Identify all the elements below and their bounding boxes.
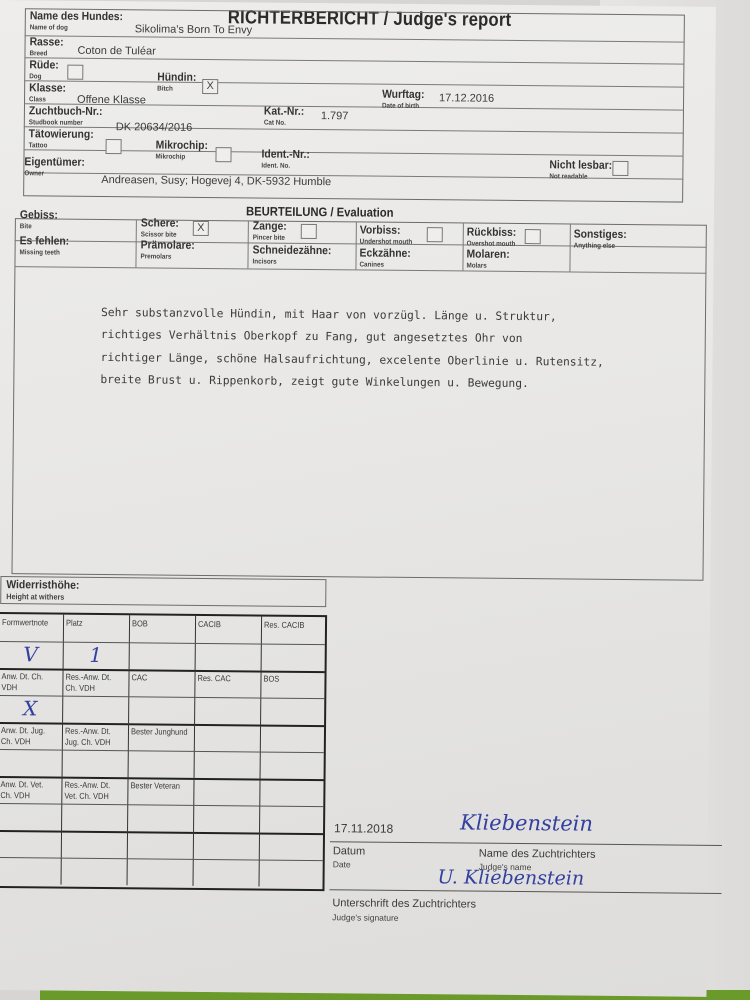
grid-header-cell: Res. CAC	[197, 673, 230, 684]
overshot-label: Rückbiss:Overshot mouth	[467, 227, 522, 247]
grid-header-cell: Formwertnote	[2, 617, 48, 628]
owner-label: Eigentümer:Owner	[24, 157, 91, 177]
grid-header-cell: Res.-Anw. Dt. Vet. Ch. VDH	[64, 780, 110, 802]
grid-header-cell: Res.-Anw. Dt. Jug. Ch. VDH	[65, 726, 111, 748]
grid-value-cell[interactable]	[0, 803, 61, 831]
judge-signature: U. Kliebenstein	[437, 866, 584, 889]
scissor-bite-label: Schere:Scissor bite	[141, 218, 183, 238]
tattoo-checkbox[interactable]	[106, 139, 122, 154]
dog-sex-label: Rüde:Dog	[29, 60, 62, 80]
grid-value-cell[interactable]	[259, 860, 323, 888]
grid-value-cell[interactable]: 1	[63, 642, 129, 670]
grid-value-cell[interactable]	[61, 858, 127, 886]
class-label: Klasse:Class	[29, 83, 70, 103]
grid-value-cell[interactable]	[259, 806, 323, 834]
molars-label: Molaren:Molars	[466, 249, 514, 269]
class-value: Offene Klasse	[77, 94, 146, 107]
grid-value-cell[interactable]	[260, 752, 324, 780]
missing-teeth-label: Es fehlen:Missing teeth	[20, 236, 75, 256]
bite-label: Gebiss:Bite	[20, 210, 62, 230]
grid-header-cell: CACIB	[198, 619, 221, 630]
grid-header-cell: Platz	[66, 618, 83, 629]
date-value: 17.11.2018	[334, 821, 393, 836]
grid-value-cell[interactable]	[62, 750, 128, 778]
evaluation-title: BEURTEILUNG / Evaluation	[246, 204, 394, 219]
grid-value-cell[interactable]	[194, 751, 260, 779]
date-of-birth-value: 17.12.2016	[439, 92, 494, 105]
grid-value-cell[interactable]	[195, 643, 261, 671]
signature-label-en: Judge's signature	[332, 912, 398, 923]
grid-header-cell: Bester Junghund	[131, 726, 188, 738]
grid-header-cell: Res.-Anw. Dt. Ch. VDH	[65, 672, 111, 694]
grid-header-cell: Anw. Dt. Vet. Ch. VDH	[0, 779, 43, 801]
name-label: Name des Hundes:Name of dog	[30, 11, 134, 31]
date-label-en: Date	[333, 859, 351, 869]
overshot-checkbox[interactable]	[525, 229, 541, 244]
microchip-checkbox[interactable]	[215, 147, 231, 162]
cat-no-label: Kat.-Nr.:Cat No.	[264, 107, 309, 127]
judge-name-label: Name des Zuchtrichters	[479, 848, 596, 861]
grid-value-cell[interactable]: X	[0, 695, 62, 723]
microchip-label: Mikrochip:Mikrochip	[155, 141, 213, 161]
dog-checkbox[interactable]	[67, 65, 83, 80]
scissor-bite-checkbox[interactable]: X	[193, 221, 209, 236]
pincer-bite-checkbox[interactable]	[301, 224, 317, 239]
ident-no-label: Ident.-Nr.:Ident. No.	[261, 150, 315, 170]
grid-value-cell[interactable]	[194, 697, 260, 725]
cat-no-value: 1.797	[321, 110, 349, 122]
premolars-label: Prämolare:Premolars	[141, 240, 201, 260]
judge-report-sheet: RICHTERBERICHT / Judge's report Name des…	[0, 0, 716, 997]
dog-name-value: Sikolima's Born To Envy	[135, 23, 253, 36]
grid-header-cell: BOB	[132, 618, 148, 629]
grid-value-cell[interactable]	[62, 696, 128, 724]
other-label: Sonstiges:Anything else	[574, 230, 633, 250]
grid-value-cell[interactable]	[129, 642, 195, 670]
evaluation-text: Sehr substanzvolle Hündin, mit Haar von …	[100, 302, 701, 397]
not-readable-label: Nicht lesbar:Not readable	[549, 160, 619, 180]
undershot-checkbox[interactable]	[427, 227, 443, 242]
grid-value-cell[interactable]	[128, 696, 194, 724]
studbook-label: Zuchtbuch-Nr.:Studbook number	[29, 106, 111, 126]
grid-value-cell[interactable]	[127, 804, 193, 832]
grid-value-cell[interactable]	[61, 804, 127, 832]
withers-label: Widerristhöhe:Height at withers	[6, 580, 87, 601]
grid-value-cell[interactable]	[128, 750, 194, 778]
not-readable-checkbox[interactable]	[612, 161, 628, 176]
grid-value-cell[interactable]	[260, 698, 324, 726]
bitch-label: Hündin:Bitch	[157, 73, 201, 93]
date-label: Datum	[333, 845, 366, 857]
grid-header-cell: Anw. Dt. Jug. Ch. VDH	[1, 725, 45, 747]
grid-value-cell[interactable]	[261, 644, 325, 672]
grid-header-cell: CAC	[131, 672, 147, 683]
date-of-birth-label: Wurftag:Date of birth	[382, 90, 429, 110]
grid-header-cell: BOS	[263, 674, 279, 685]
judge-name-handwritten: Kliebenstein	[460, 810, 593, 835]
owner-value: Andreasen, Susy; Hogevej 4, DK-5932 Humb…	[101, 174, 331, 188]
grid-value-cell[interactable]	[193, 859, 259, 887]
grid-value-cell[interactable]	[193, 805, 259, 833]
breed-value: Coton de Tuléar	[77, 45, 155, 58]
results-grid: FormwertnoteVPlatz1BOBCACIBRes. CACIBAnw…	[0, 612, 327, 891]
breed-label: Rasse:Breed	[29, 37, 67, 57]
pincer-bite-label: Zange:Pincer bite	[253, 221, 291, 241]
incisors-label: Schneidezähne:Incisors	[252, 245, 340, 265]
grid-header-cell: Anw. Dt. Ch. VDH	[1, 671, 43, 693]
bitch-checkbox[interactable]: X	[202, 79, 218, 94]
grid-value-cell[interactable]	[0, 857, 61, 885]
grid-value-cell[interactable]	[127, 858, 193, 886]
grid-header-cell: Bester Veteran	[130, 780, 180, 791]
tattoo-label: Tätowierung:Tattoo	[29, 129, 101, 149]
undershot-label: Vorbiss:Undershot mouth	[360, 225, 419, 245]
grid-header-cell: Res. CACIB	[264, 620, 304, 631]
canines-label: Eckzähne:Canines	[359, 248, 416, 268]
grid-value-cell[interactable]: V	[0, 641, 63, 669]
grid-value-cell[interactable]	[0, 749, 62, 777]
studbook-value: DK 20634/2016	[116, 121, 193, 134]
signature-label: Unterschrift des Zuchtrichters	[332, 897, 476, 910]
